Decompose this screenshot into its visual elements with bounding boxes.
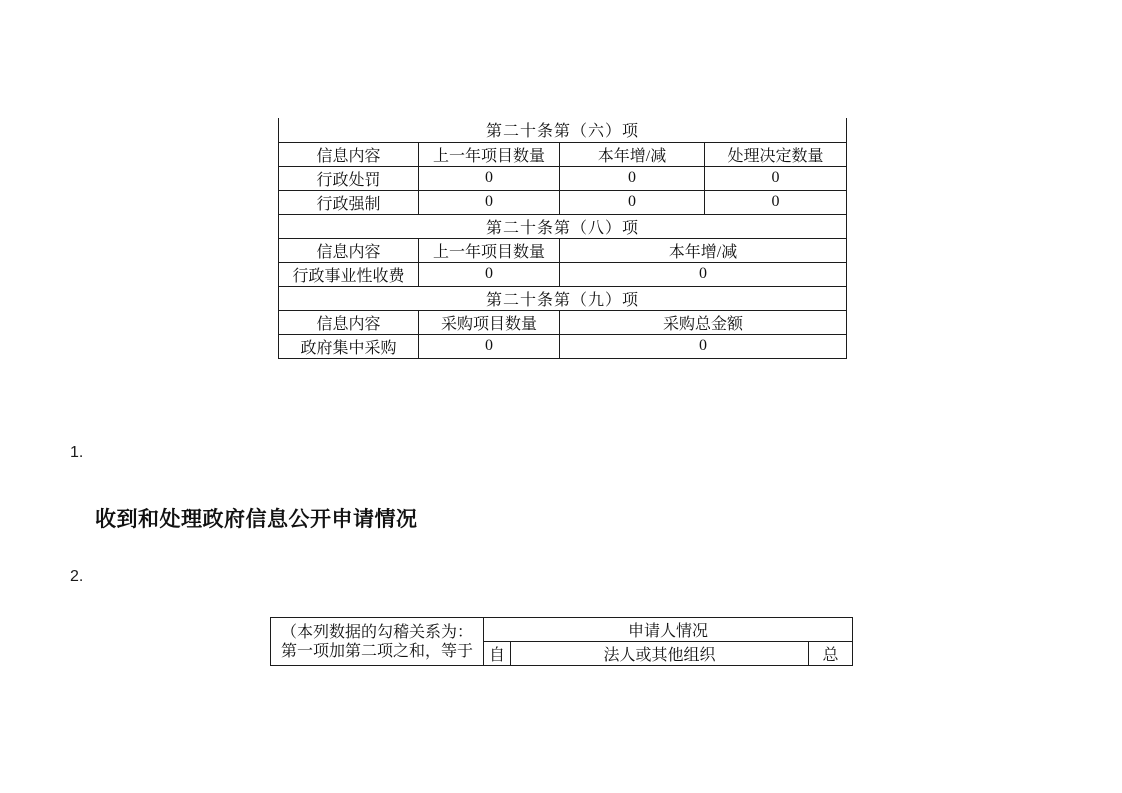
column-header: 上一年项目数量 [419,142,560,166]
data-cell: 0 [560,166,705,190]
column-header-total: 总 [809,642,853,666]
column-header: 本年增/减 [560,142,705,166]
table-row: 第二十条第（六）项 [279,118,847,142]
column-header: 采购项目数量 [419,310,560,334]
data-cell: 0 [705,190,847,214]
table-row: 政府集中采购 0 0 [279,334,847,358]
section-title-art20-item8: 第二十条第（八）项 [279,214,847,238]
data-cell: 0 [705,166,847,190]
data-cell: 0 [560,334,847,358]
application-table: （本列数据的勾稽关系为： 第一项加第二项之和，等于 申请人情况 自 法人或其他组… [270,617,853,666]
section-heading: 收到和处理政府信息公开申请情况 [95,503,418,533]
section-title-art20-item6: 第二十条第（六）项 [279,118,847,142]
list-number-2: 2. [70,568,83,586]
table-row: 第二十条第（九）项 [279,286,847,310]
reconciliation-note-cell: （本列数据的勾稽关系为： 第一项加第二项之和，等于 [271,618,484,666]
data-cell: 0 [560,190,705,214]
note-line-1: （本列数据的勾稽关系为： [273,623,481,642]
data-cell: 0 [419,190,560,214]
column-header-natural-person: 自 [484,642,511,666]
table-row: 信息内容 上一年项目数量 本年增/减 处理决定数量 [279,142,847,166]
section-title-art20-item9: 第二十条第（九）项 [279,286,847,310]
row-label: 行政强制 [279,190,419,214]
row-label: 政府集中采购 [279,334,419,358]
data-cell: 0 [560,262,847,286]
data-cell: 0 [419,166,560,190]
table-row: 行政事业性收费 0 0 [279,262,847,286]
table-row: 信息内容 上一年项目数量 本年增/减 [279,238,847,262]
table-row: 行政处罚 0 0 0 [279,166,847,190]
list-number-1: 1. [70,444,83,462]
table-row: 第二十条第（八）项 [279,214,847,238]
column-header: 本年增/减 [560,238,847,262]
data-cell: 0 [419,262,560,286]
column-header: 上一年项目数量 [419,238,560,262]
statute-table: 第二十条第（六）项 信息内容 上一年项目数量 本年增/减 处理决定数量 行政处罚… [278,118,847,359]
row-label: 行政事业性收费 [279,262,419,286]
note-line-2: 第一项加第二项之和，等于 [273,642,481,661]
column-header: 采购总金额 [560,310,847,334]
column-header-legal-person: 法人或其他组织 [511,642,809,666]
column-header: 信息内容 [279,142,419,166]
column-header: 信息内容 [279,238,419,262]
column-header: 处理决定数量 [705,142,847,166]
table-row: 信息内容 采购项目数量 采购总金额 [279,310,847,334]
document-page: 第二十条第（六）项 信息内容 上一年项目数量 本年增/减 处理决定数量 行政处罚… [0,0,1122,793]
table-row: 行政强制 0 0 0 [279,190,847,214]
applicant-status-header: 申请人情况 [484,618,853,642]
data-cell: 0 [419,334,560,358]
column-header: 信息内容 [279,310,419,334]
table-row: （本列数据的勾稽关系为： 第一项加第二项之和，等于 申请人情况 [271,618,853,642]
row-label: 行政处罚 [279,166,419,190]
